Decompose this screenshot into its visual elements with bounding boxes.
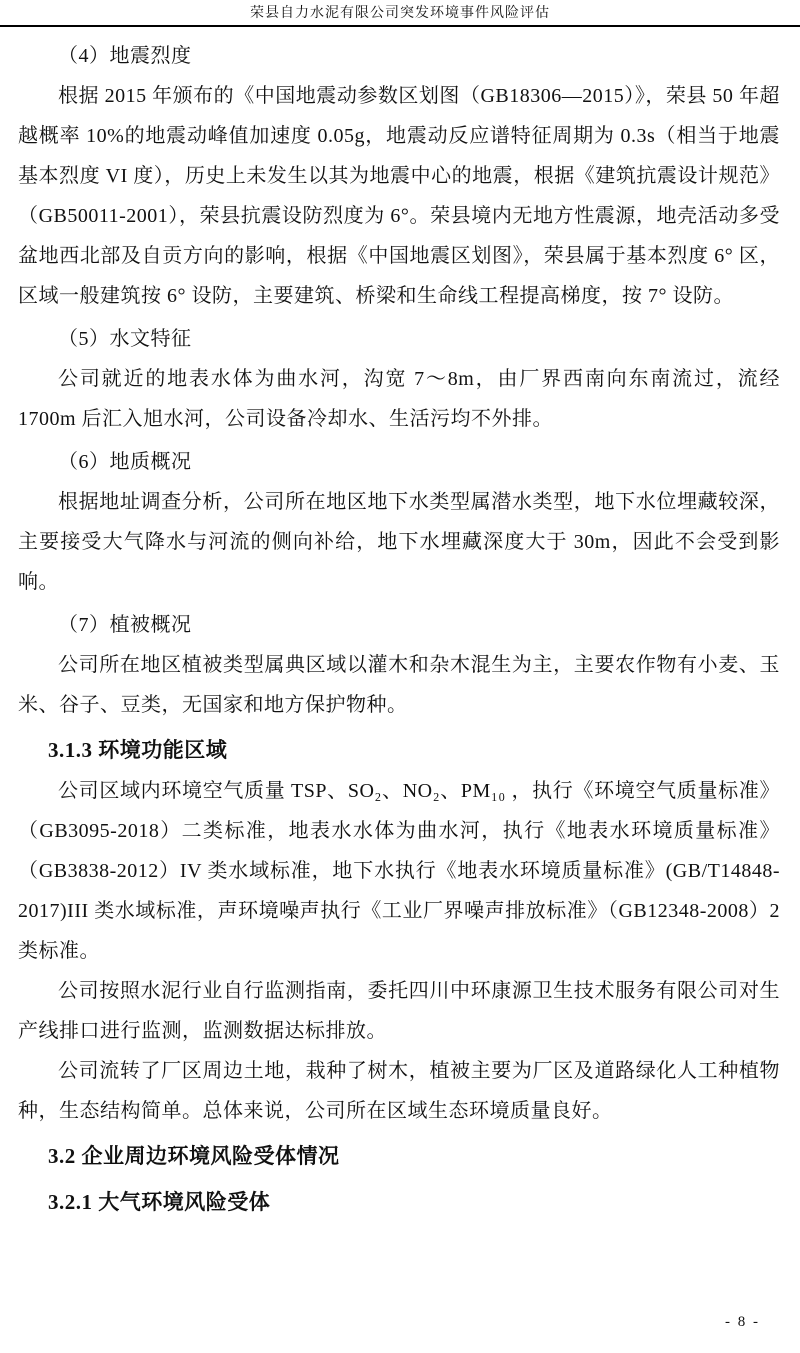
heading-3-1-3-environmental-function-zones: 3.1.3 环境功能区域 <box>48 729 780 771</box>
paragraph-vegetation: 公司所在地区植被类型属典区域以灌木和杂木混生为主，主要农作物有小麦、玉米、谷子、… <box>18 645 780 725</box>
document-header-title: 荣县自力水泥有限公司突发环境事件风险评估 <box>0 0 800 23</box>
heading-3-2-surrounding-risk-receptors: 3.2 企业周边环境风险受体情况 <box>48 1135 780 1177</box>
heading-6-geology: （6）地质概况 <box>18 442 780 482</box>
paragraph-geology: 根据地址调查分析，公司所在地区地下水类型属潜水类型，地下水位埋藏较深，主要接受大… <box>18 482 780 602</box>
heading-3-2-1-atmospheric-risk-receptors: 3.2.1 大气环境风险受体 <box>48 1181 780 1223</box>
paragraph-land-ecology: 公司流转了厂区周边土地，栽种了树木，植被主要为厂区及道路绿化人工种植物种，生态结… <box>18 1051 780 1131</box>
heading-7-vegetation: （7）植被概况 <box>18 605 780 645</box>
heading-5-hydrology: （5）水文特征 <box>18 319 780 359</box>
paragraph-air-water-noise-standards: 公司区域内环境空气质量 TSP、SO₂、NO₂、PM₁₀ ，执行《环境空气质量标… <box>18 771 780 971</box>
document-body: （4）地震烈度 根据 2015 年颁布的《中国地震动参数区划图（GB18306—… <box>0 27 800 1223</box>
document-page: 荣县自力水泥有限公司突发环境事件风险评估 （4）地震烈度 根据 2015 年颁布… <box>0 0 800 1353</box>
page-number: - 8 - <box>725 1314 760 1331</box>
paragraph-hydrology: 公司就近的地表水体为曲水河，沟宽 7～8m，由厂界西南向东南流过，流经 1700… <box>18 359 780 439</box>
heading-4-seismic-intensity: （4）地震烈度 <box>18 36 780 76</box>
paragraph-seismic: 根据 2015 年颁布的《中国地震动参数区划图（GB18306—2015）》，荣… <box>18 76 780 316</box>
paragraph-self-monitoring: 公司按照水泥行业自行监测指南，委托四川中环康源卫生技术服务有限公司对生产线排口进… <box>18 971 780 1051</box>
